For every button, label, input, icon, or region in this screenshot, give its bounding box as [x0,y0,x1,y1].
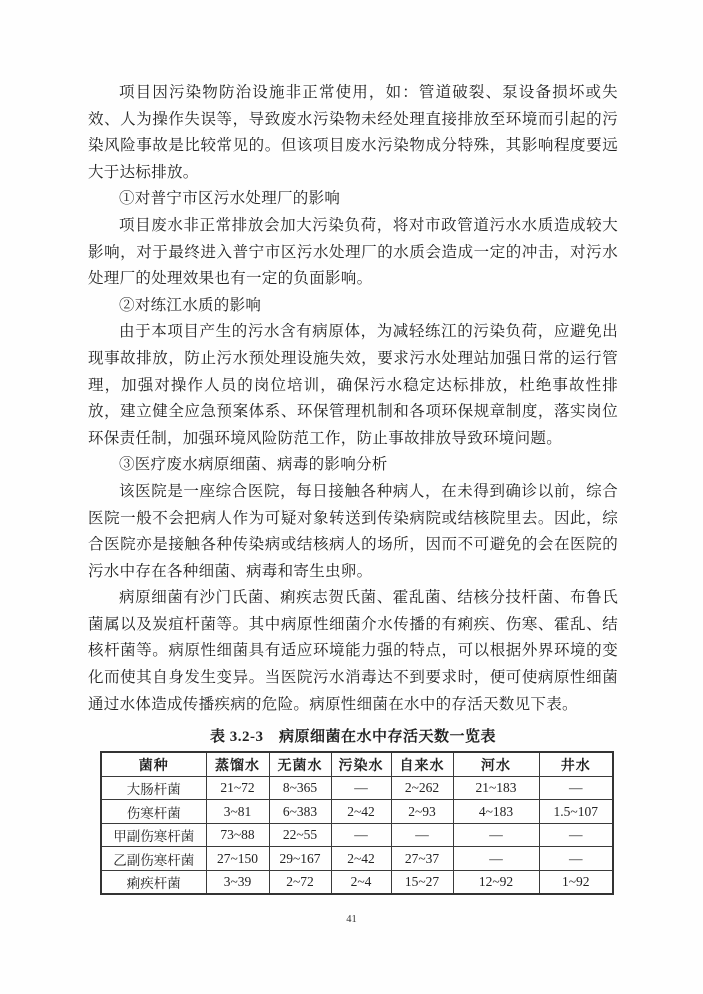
col-header-well-water: 井水 [539,752,613,776]
cell-value: 6~383 [269,800,331,824]
cell-value: 3~39 [206,870,269,894]
section-heading-sewage-plant: ①对普宁市区污水处理厂的影响 [88,186,618,213]
cell-value: 2~42 [331,847,391,871]
cell-value: — [331,823,391,847]
cell-value: — [391,823,453,847]
cell-value: 8~365 [269,776,331,800]
section-heading-lianjiang: ②对练江水质的影响 [88,293,618,320]
cell-value: — [539,776,613,800]
paragraph-abnormal-discharge-risk: 项目因污染物防治设施非正常使用，如：管道破裂、泵设备损坏或失效、人为操作失误等，… [88,80,618,186]
cell-species: 乙副伤寒杆菌 [101,847,206,871]
cell-value: — [453,823,539,847]
cell-value: — [539,847,613,871]
paragraph-sewage-plant-impact: 项目废水非正常排放会加大污染负荷，将对市政管道污水水质造成较大影响，对于最终进入… [88,213,618,293]
cell-value: 27~150 [206,847,269,871]
cell-value: 3~81 [206,800,269,824]
cell-value: — [453,847,539,871]
cell-value: 2~93 [391,800,453,824]
cell-value: 73~88 [206,823,269,847]
cell-value: 2~262 [391,776,453,800]
paragraph-pathogenic-bacteria: 病原细菌有沙门氏菌、痢疾志贺氏菌、霍乱菌、结核分技杆菌、布鲁氏菌属以及炭疽杆菌等… [88,585,618,718]
cell-species: 痢疾杆菌 [101,870,206,894]
cell-value: 21~72 [206,776,269,800]
table-row: 大肠杆菌 21~72 8~365 — 2~262 21~183 — [101,776,613,800]
table-row: 痢疾杆菌 3~39 2~72 2~4 15~27 12~92 1~92 [101,870,613,894]
col-header-species: 菌种 [101,752,206,776]
table-title: 表 3.2-3 病原细菌在水中存活天数一览表 [88,725,618,746]
cell-value: 22~55 [269,823,331,847]
table-row: 甲副伤寒杆菌 73~88 22~55 — — — — [101,823,613,847]
table-header-row: 菌种 蒸馏水 无菌水 污染水 自来水 河水 井水 [101,752,613,776]
cell-value: 1~92 [539,870,613,894]
document-page: 项目因污染物防治设施非正常使用，如：管道破裂、泵设备损坏或失效、人为操作失误等，… [0,0,703,994]
cell-value: 2~4 [331,870,391,894]
document-body: 项目因污染物防治设施非正常使用，如：管道破裂、泵设备损坏或失效、人为操作失误等，… [88,80,618,895]
table-row: 伤寒杆菌 3~81 6~383 2~42 2~93 4~183 1.5~107 [101,800,613,824]
cell-value: 27~37 [391,847,453,871]
section-heading-medical-wastewater: ③医疗废水病原细菌、病毒的影响分析 [88,452,618,479]
paragraph-hospital-patients: 该医院是一座综合医院，每日接触各种病人，在未得到确诊以前，综合医院一般不会把病人… [88,479,618,585]
col-header-sterile-water: 无菌水 [269,752,331,776]
cell-value: — [331,776,391,800]
cell-value: — [539,823,613,847]
page-number: 41 [0,914,703,925]
col-header-polluted-water: 污染水 [331,752,391,776]
col-header-river-water: 河水 [453,752,539,776]
cell-value: 1.5~107 [539,800,613,824]
table-row: 乙副伤寒杆菌 27~150 29~167 2~42 27~37 — — [101,847,613,871]
cell-value: 21~183 [453,776,539,800]
col-header-distilled-water: 蒸馏水 [206,752,269,776]
cell-value: 2~72 [269,870,331,894]
cell-species: 大肠杆菌 [101,776,206,800]
cell-value: 4~183 [453,800,539,824]
cell-value: 29~167 [269,847,331,871]
cell-value: 12~92 [453,870,539,894]
cell-species: 伤寒杆菌 [101,800,206,824]
col-header-tap-water: 自来水 [391,752,453,776]
paragraph-lianjiang-impact: 由于本项目产生的污水含有病原体，为减轻练江的污染负荷，应避免出现事故排放，防止污… [88,319,618,452]
pathogen-survival-table: 菌种 蒸馏水 无菌水 污染水 自来水 河水 井水 大肠杆菌 21~72 8~36… [100,751,614,895]
cell-species: 甲副伤寒杆菌 [101,823,206,847]
cell-value: 15~27 [391,870,453,894]
cell-value: 2~42 [331,800,391,824]
